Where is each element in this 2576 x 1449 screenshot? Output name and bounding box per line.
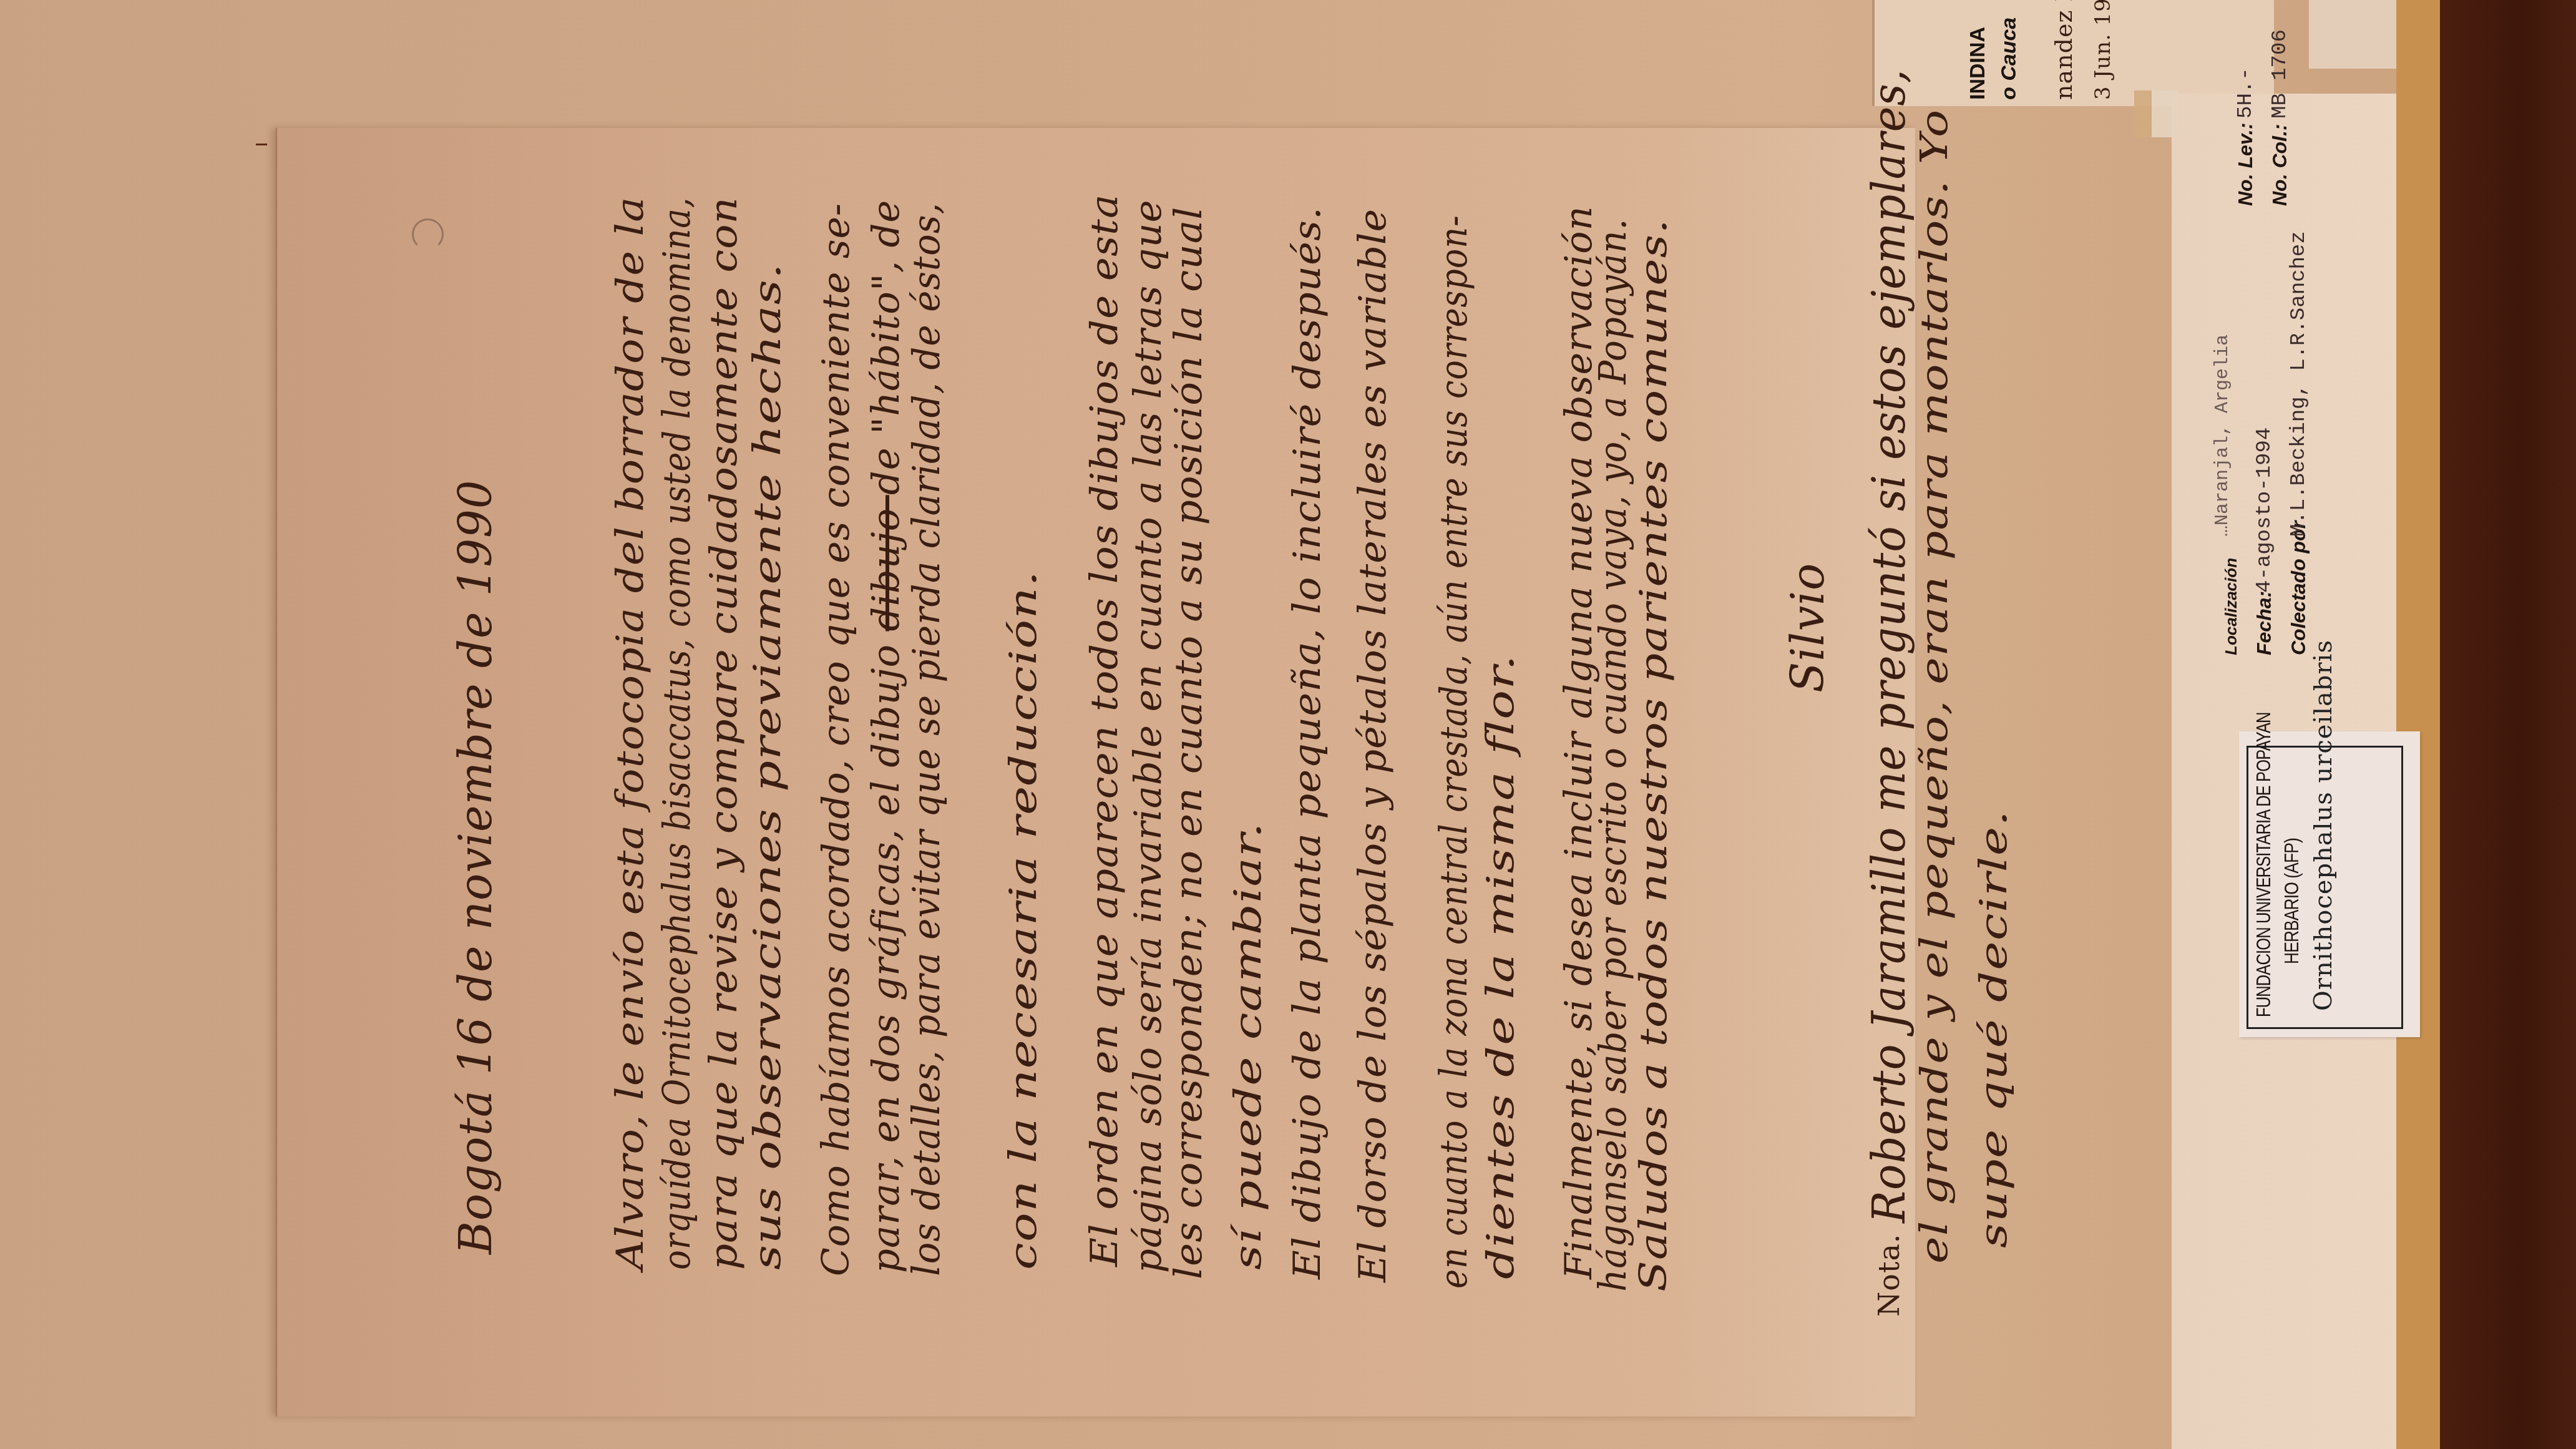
lev-value: 5H.- (2234, 67, 2258, 119)
col-value: MB 1706 (2268, 29, 2292, 119)
letter-line: El dorso de los sépalos y pétalos latera… (1351, 208, 1395, 1282)
letter-line: les corresponden; no en cuanto a su posi… (1167, 207, 1211, 1279)
wooden-surface (2440, 0, 2576, 1449)
note-label: Nota. (1872, 1234, 1906, 1317)
letter-line: sus observaciones previamente hechas. (746, 263, 789, 1270)
partial-label-line-1: INDINA (1966, 27, 1990, 100)
tape-piece (2134, 90, 2178, 137)
collector-label: Colectado por (2287, 521, 2310, 655)
letter-line: Alvaro, le envío esta fotocopia del borr… (608, 197, 652, 1270)
letter-line: Saludos a todos nuestros parientes comun… (1632, 218, 1676, 1292)
paper-mark (256, 144, 267, 145)
letter-line: háganselo saber por escrito o cuando vay… (1591, 218, 1635, 1292)
locality-value: …Naranjal, Argelia (2212, 334, 2233, 537)
letter-dateline: Bogotá 16 de noviembre de 1990 (449, 479, 502, 1254)
letter-line: página sólo sería invariable en cuanto a… (1126, 199, 1170, 1273)
partial-label-line-2: o Cauca (1997, 17, 2021, 100)
partial-label-line-3: nandez Pe (2050, 0, 2077, 100)
letter-line: en cuanto a la zona central crestada, aú… (1432, 215, 1476, 1289)
ring-mark (412, 218, 444, 250)
note-line: el grande y el pequeño, eran para montar… (1913, 109, 1956, 1264)
letter-line: para que la revise y compare cuidadosame… (702, 197, 746, 1270)
date-label: Fecha: (2253, 591, 2276, 655)
folder-edge (2396, 0, 2446, 1449)
letter-line: con la necesaria reducción. (1002, 570, 1045, 1270)
letter-line: El orden en que aparecen todos los dibuj… (1083, 193, 1126, 1267)
partial-label-line-4: 3 Jun. 199 (2091, 0, 2115, 100)
letter-signature: Silvio (1782, 563, 1834, 693)
note-line: supe qué decirle. (1972, 810, 2016, 1248)
letter-line: El dibujo de la planta pequeña, lo inclu… (1286, 207, 1329, 1279)
herbarium-name: HERBARIO (AFP) (2281, 838, 2303, 964)
letter-line: parar, en dos gráficas, el dibujo dibujo… (864, 200, 908, 1273)
struck-word: dibujo (864, 495, 908, 631)
herbarium-taxon: Ornithocephalus urceilabris (2309, 640, 2338, 1011)
letter-line: los detalles, para evitar que se pierda … (905, 202, 949, 1276)
letter-line: orquídea Ornitocephalus bisaccatus, como… (655, 197, 699, 1270)
lev-label: No. Lev.: (2234, 123, 2257, 206)
letter-line: sí puede cambiar. (1226, 822, 1270, 1270)
letter-line: dientes de la misma flor. (1479, 654, 1523, 1279)
collector-value: M.L.Becking, L.R.Sanchez (2287, 231, 2311, 537)
locality-label: Localización (2222, 558, 2241, 655)
col-label: No. Col.: (2268, 124, 2291, 206)
letter-line: Como habíamos acordado, creo que es conv… (814, 203, 858, 1276)
date-value: 4-agosto-1994 (2253, 427, 2276, 593)
herbarium-institution: FUNDACION UNIVERSITARIA DE POPAYAN (2253, 712, 2275, 1017)
note-line: Roberto Jaramillo me preguntó si estos e… (1863, 69, 1915, 1223)
